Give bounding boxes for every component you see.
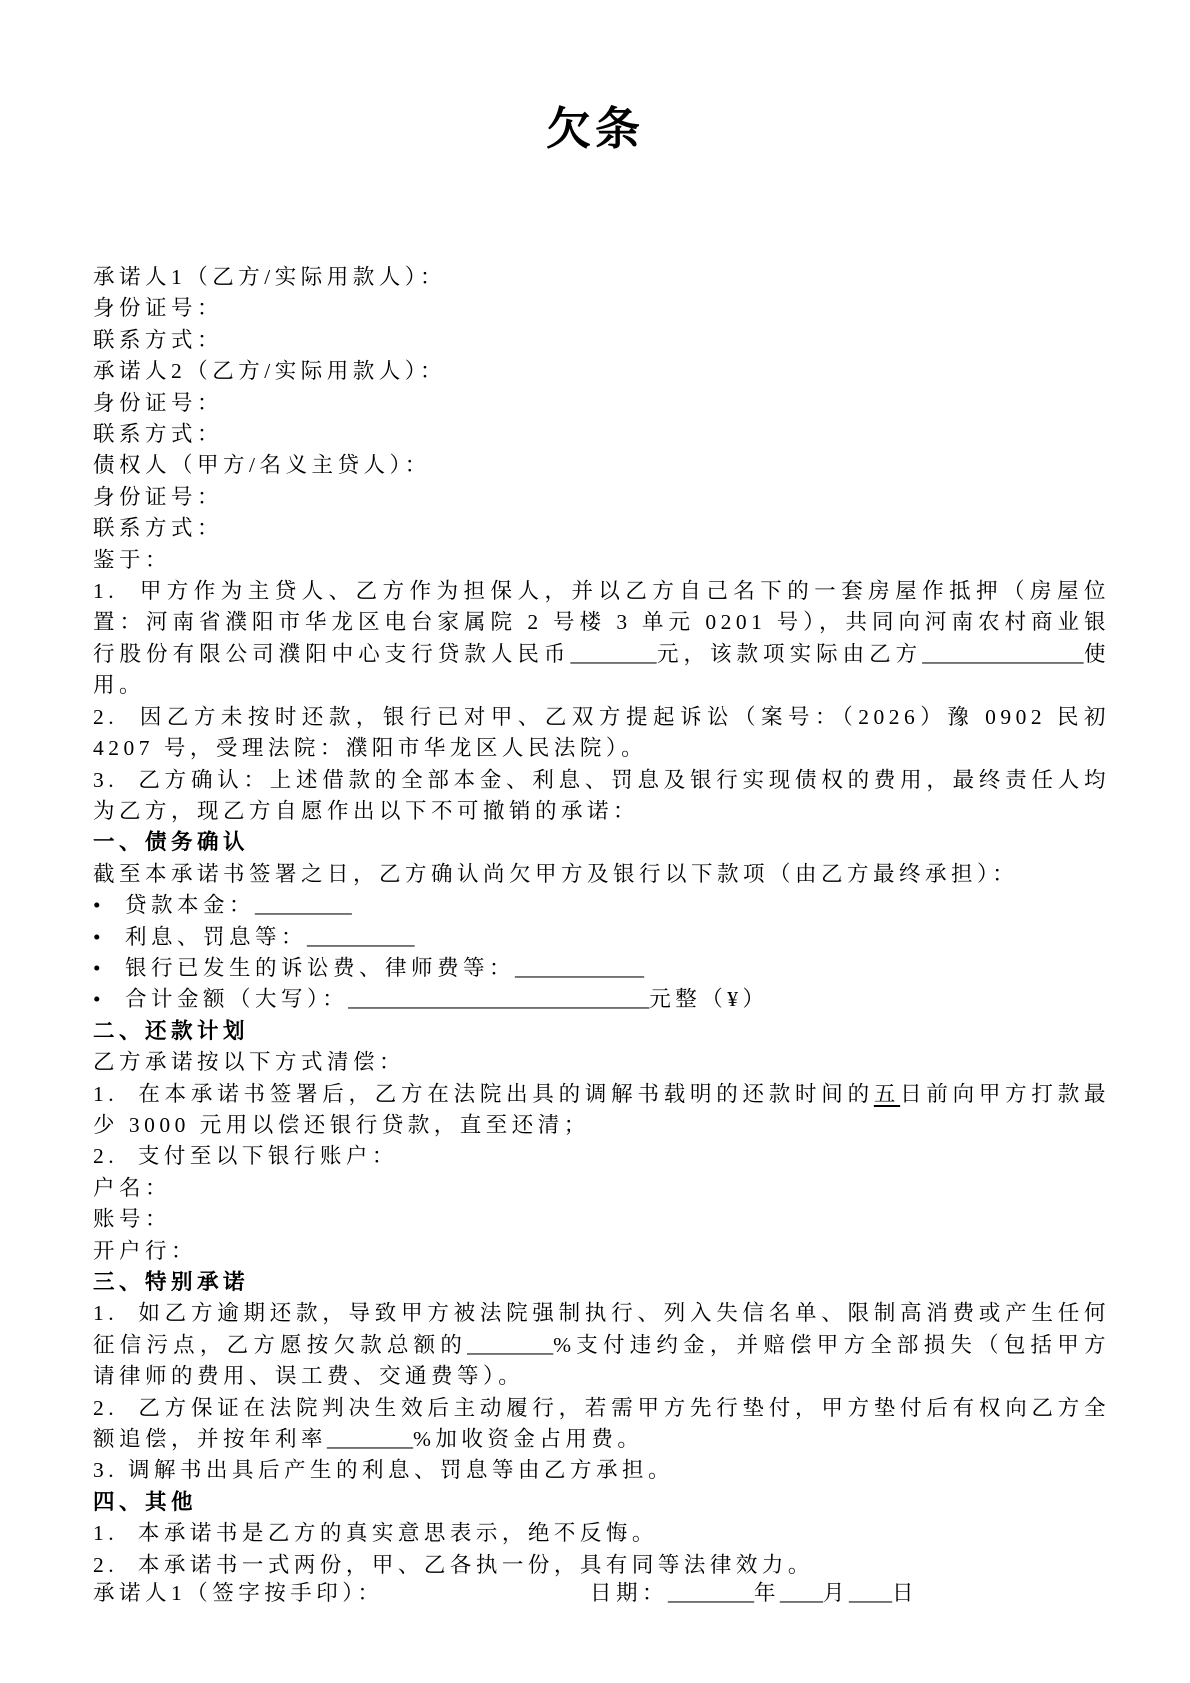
recital-3: 3. 乙方确认：上述借款的全部本金、利息、罚息及银行实现债权的费用，最终责任人均… (93, 765, 1110, 828)
court-fees-blank: ____________ (515, 956, 644, 980)
recital-1: 1. 甲方作为主贷人、乙方作为担保人，并以乙方自己名下的一套房屋作抵押（房屋位置… (93, 576, 1110, 702)
bullet-icon: • (93, 922, 125, 953)
repayment-item-2: 2. 支付至以下银行账户： (93, 1141, 1110, 1172)
total-amount-line: 合计金额（大写）：____________________________元整（… (125, 984, 1110, 1015)
date-line: 日期：________年____月____日 (590, 1578, 918, 1609)
special-item-1: 1. 如乙方逾期还款，导致甲方被法院强制执行、列入失信名单、限制高消费或产生任何… (93, 1298, 1110, 1392)
special-item-2: 2. 乙方保证在法院判决生效后主动履行，若需甲方先行垫付，甲方垫付后有权向乙方全… (93, 1393, 1110, 1456)
bullet-icon: • (93, 890, 125, 921)
section-2-heading: 二、还款计划 (93, 1016, 1110, 1047)
recital-2: 2. 因乙方未按时还款，银行已对甲、乙双方提起诉讼（案号：（2026）豫 090… (93, 702, 1110, 765)
party1-contact-line: 联系方式： (93, 325, 1110, 356)
creditor-contact-line: 联系方式： (93, 513, 1110, 544)
principal-line: 贷款本金：_________ (125, 890, 1110, 921)
special-item-2-text-b: %加收资金占用费。 (413, 1427, 643, 1451)
creditor-line: 债权人（甲方/名义主贷人）： (93, 450, 1110, 481)
bullet-item-interest: • 利息、罚息等：__________ (93, 922, 1110, 953)
date-label: 日期： (590, 1581, 668, 1605)
bullet-icon: • (93, 984, 125, 1015)
date-month-blank: ____ (780, 1581, 823, 1605)
account-bank-line: 开户行： (93, 1236, 1110, 1267)
bullet-item-total: • 合计金额（大写）：____________________________元… (93, 984, 1110, 1015)
date-day-blank: ____ (849, 1581, 892, 1605)
date-day-label: 日 (892, 1581, 918, 1605)
special-item-3: 3. 调解书出具后产生的利息、罚息等由乙方承担。 (93, 1455, 1110, 1486)
section-2-intro: 乙方承诺按以下方式清偿： (93, 1047, 1110, 1078)
interest-blank: __________ (307, 925, 415, 949)
bullet-item-court-fees: • 银行已发生的诉讼费、律师费等：____________ (93, 953, 1110, 984)
whereas-line: 鉴于： (93, 545, 1110, 576)
party2-contact-line: 联系方式： (93, 419, 1110, 450)
creditor-id-line: 身份证号： (93, 482, 1110, 513)
actual-user-blank: _______________ (922, 642, 1083, 666)
section-1-intro: 截至本承诺书签署之日，乙方确认尚欠甲方及银行以下款项（由乙方最终承担）： (93, 859, 1110, 890)
interest-line: 利息、罚息等：__________ (125, 922, 1110, 953)
section-3-heading: 三、特别承诺 (93, 1267, 1110, 1298)
interest-label: 利息、罚息等： (125, 925, 307, 949)
total-amount-label: 合计金额（大写）： (125, 987, 348, 1011)
account-name-line: 户名： (93, 1173, 1110, 1204)
other-item-1: 1. 本承诺书是乙方的真实意思表示，绝不反悔。 (93, 1518, 1110, 1549)
bullet-item-principal: • 贷款本金：_________ (93, 890, 1110, 921)
party1-id-line: 身份证号： (93, 293, 1110, 324)
annual-rate-blank: ________ (327, 1427, 413, 1451)
document-title: 欠条 (0, 92, 1190, 157)
date-year-label: 年 (754, 1581, 780, 1605)
party2-id-line: 身份证号： (93, 388, 1110, 419)
date-month-label: 月 (823, 1581, 849, 1605)
account-number-line: 账号： (93, 1204, 1110, 1235)
total-amount-blank: ____________________________ (348, 987, 649, 1011)
principal-blank: _________ (255, 893, 352, 917)
party1-line: 承诺人1（乙方/实际用款人）： (93, 262, 1110, 293)
repayment-item-1: 1. 在本承诺书签署后，乙方在法院出具的调解书载明的还款时间的五日前向甲方打款最… (93, 1079, 1110, 1142)
principal-label: 贷款本金： (125, 893, 255, 917)
repayment-item-1-text-a: 1. 在本承诺书签署后，乙方在法院出具的调解书载明的还款时间的 (93, 1082, 874, 1106)
iou-document-page: 欠条 承诺人1（乙方/实际用款人）： 身份证号： 联系方式： 承诺人2（乙方/实… (0, 0, 1190, 1683)
total-amount-suffix: 元整（¥） (649, 987, 768, 1011)
loan-amount-blank: ________ (570, 642, 656, 666)
party2-line: 承诺人2（乙方/实际用款人）： (93, 356, 1110, 387)
recital-1-text-b: 元，该款项实际由乙方 (656, 642, 922, 666)
date-year-blank: ________ (668, 1581, 754, 1605)
signature-row: 承诺人1（签字按手印）： 日期：________年____月____日 (93, 1578, 1110, 1609)
bullet-icon: • (93, 953, 125, 984)
section-4-heading: 四、其他 (93, 1487, 1110, 1518)
court-fees-line: 银行已发生的诉讼费、律师费等：____________ (125, 953, 1110, 984)
repayment-days-underlined: 五 (874, 1082, 900, 1106)
penalty-percent-blank: ________ (467, 1333, 553, 1357)
other-item-2: 2. 本承诺书一式两份，甲、乙各执一份，具有同等法律效力。 (93, 1550, 1110, 1581)
section-1-heading: 一、债务确认 (93, 827, 1110, 858)
signer-label: 承诺人1（签字按手印）： (93, 1578, 590, 1609)
court-fees-label: 银行已发生的诉讼费、律师费等： (125, 956, 515, 980)
document-body: 承诺人1（乙方/实际用款人）： 身份证号： 联系方式： 承诺人2（乙方/实际用款… (93, 262, 1110, 1581)
